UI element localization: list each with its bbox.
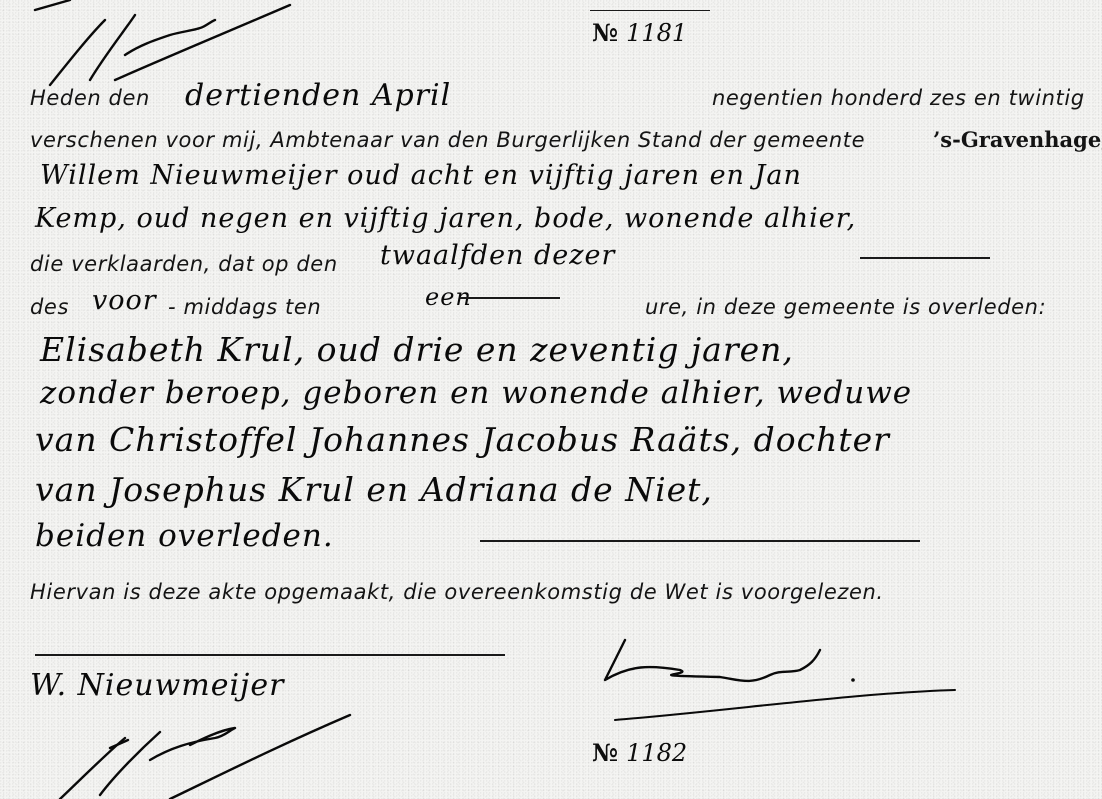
signature-declarant-1: W. Nieuwmeijer <box>30 668 284 703</box>
printed-appeared-before: verschenen voor mij, Ambtenaar van den B… <box>30 128 865 152</box>
act-number-bottom: №1182 <box>592 738 687 767</box>
printed-year: negentien honderd zes en twintig <box>712 86 1085 110</box>
signature-line-official <box>615 685 975 725</box>
printed-des: des <box>30 295 69 319</box>
signature-top-left <box>30 0 270 90</box>
handwritten-day: twaalfden dezer <box>380 240 615 271</box>
printed-heden-den: Heden den <box>30 86 150 110</box>
act-number-value: 1181 <box>626 19 687 47</box>
municipality-name: ’s-Gravenhage, <box>933 127 1102 152</box>
rule-top <box>590 10 710 11</box>
signature-declarant-2 <box>50 700 350 799</box>
handwritten-declarant-1: Willem Nieuwmeijer oud acht en vijftig j… <box>40 160 802 191</box>
printed-deceased-intro: ure, in deze gemeente is overleden: <box>645 295 1046 319</box>
number-sign: № <box>592 18 618 47</box>
handwritten-declarant-2: Kemp, oud negen en vijftig jaren, bode, … <box>35 203 856 234</box>
handwritten-date: dertienden April <box>185 78 451 113</box>
printed-closing: Hiervan is deze akte opgemaakt, die over… <box>30 580 884 604</box>
handwritten-occupation: zonder beroep, geboren en wonende alhier… <box>40 375 912 411</box>
fill-line-hour <box>460 297 560 299</box>
handwritten-voor: voor <box>92 285 157 316</box>
number-sign-bottom: № <box>592 738 618 767</box>
act-number-bottom-value: 1182 <box>626 739 687 767</box>
handwritten-parents-deceased: beiden overleden. <box>35 518 334 554</box>
fill-line-end <box>480 540 920 542</box>
printed-declared: die verklaarden, dat op den <box>30 252 338 276</box>
fill-line-1 <box>860 257 990 259</box>
act-number-top: №1181 <box>592 18 687 47</box>
signature-line-left <box>35 654 505 656</box>
handwritten-deceased-name: Elisabeth Krul, oud drie en zeventig jar… <box>40 330 794 369</box>
handwritten-parents: van Josephus Krul en Adriana de Niet, <box>35 470 713 509</box>
handwritten-spouse: van Christoffel Johannes Jacobus Raäts, … <box>35 420 890 459</box>
printed-middags: - middags ten <box>168 295 321 319</box>
